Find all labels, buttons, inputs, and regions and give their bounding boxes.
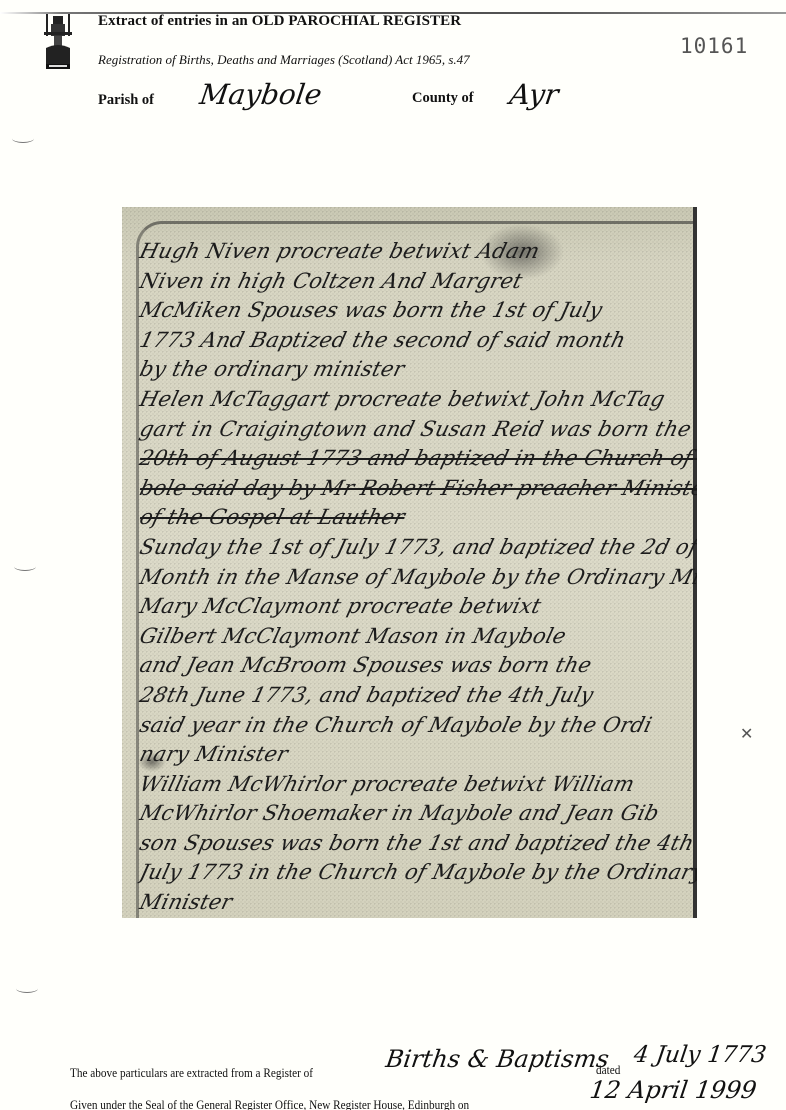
register-page-photo: Hugh Niven procreate betwixt Adam Niven … xyxy=(122,207,697,918)
manuscript-line: nary Minister xyxy=(136,740,697,770)
manuscript-line: gart in Craigingtown and Susan Reid was … xyxy=(136,415,697,445)
county-value: Ayr xyxy=(508,78,561,111)
manuscript-line: McMiken Spouses was born the 1st of July xyxy=(136,296,697,326)
county-label: County of xyxy=(412,90,474,107)
manuscript-line: Helen McTaggart procreate betwixt John M… xyxy=(136,385,697,415)
manuscript-text: Hugh Niven procreate betwixt Adam Niven … xyxy=(140,237,697,918)
given-date-value: 12 April 1999 xyxy=(588,1076,758,1104)
dated-value: 4 July 1773 xyxy=(632,1042,768,1068)
document-subtitle: Registration of Births, Deaths and Marri… xyxy=(98,52,470,68)
manuscript-line-struck: of the Gospel at Lauther xyxy=(136,503,697,533)
manuscript-line: Minister xyxy=(136,888,697,918)
manuscript-line: Month in the Manse of Maybole by the Ord… xyxy=(136,563,697,593)
manuscript-line: and Jean McBroom Spouses was born the xyxy=(136,651,697,681)
parish-label: Parish of xyxy=(98,92,154,109)
footer-seal-statement: Given under the Seal of the General Regi… xyxy=(70,1098,469,1110)
punch-hole-mark xyxy=(12,134,34,143)
manuscript-line: Mary McClaymont procreate betwixt xyxy=(136,592,697,622)
manuscript-line: Gilbert McClaymont Mason in Maybole xyxy=(136,622,697,652)
x-mark-icon: ✕ xyxy=(740,724,753,743)
manuscript-line: William McWhirlor procreate betwixt Will… xyxy=(136,770,697,800)
manuscript-line: said year in the Church of Maybole by th… xyxy=(136,711,697,741)
manuscript-line: Sunday the 1st of July 1773, and baptize… xyxy=(136,533,697,563)
footer-extract-statement: The above particulars are extracted from… xyxy=(70,1066,313,1081)
crest-icon xyxy=(44,14,72,70)
manuscript-line: 1773 And Baptized the second of said mon… xyxy=(136,326,697,356)
reference-number: 10161 xyxy=(680,34,748,58)
manuscript-line: Hugh Niven procreate betwixt Adam xyxy=(136,237,697,267)
document-title: Extract of entries in an OLD PAROCHIAL R… xyxy=(98,13,461,30)
parish-value: Maybole xyxy=(198,78,324,111)
manuscript-line-struck: 20th of August 1773 and baptized in the … xyxy=(136,444,697,474)
manuscript-line: McWhirlor Shoemaker in Maybole and Jean … xyxy=(136,799,697,829)
manuscript-line: by the ordinary minister xyxy=(136,355,697,385)
manuscript-line: 28th June 1773, and baptized the 4th Jul… xyxy=(136,681,697,711)
punch-hole-mark xyxy=(16,984,38,993)
punch-hole-mark xyxy=(14,562,36,571)
manuscript-line-struck: bole said day by Mr Robert Fisher preach… xyxy=(136,474,697,504)
manuscript-line: Niven in high Coltzen And Margret xyxy=(136,267,697,297)
manuscript-line: son Spouses was born the 1st and baptize… xyxy=(136,829,697,859)
register-type-value: Births & Baptisms xyxy=(384,1045,611,1073)
manuscript-line: July 1773 in the Church of Maybole by th… xyxy=(136,858,697,888)
